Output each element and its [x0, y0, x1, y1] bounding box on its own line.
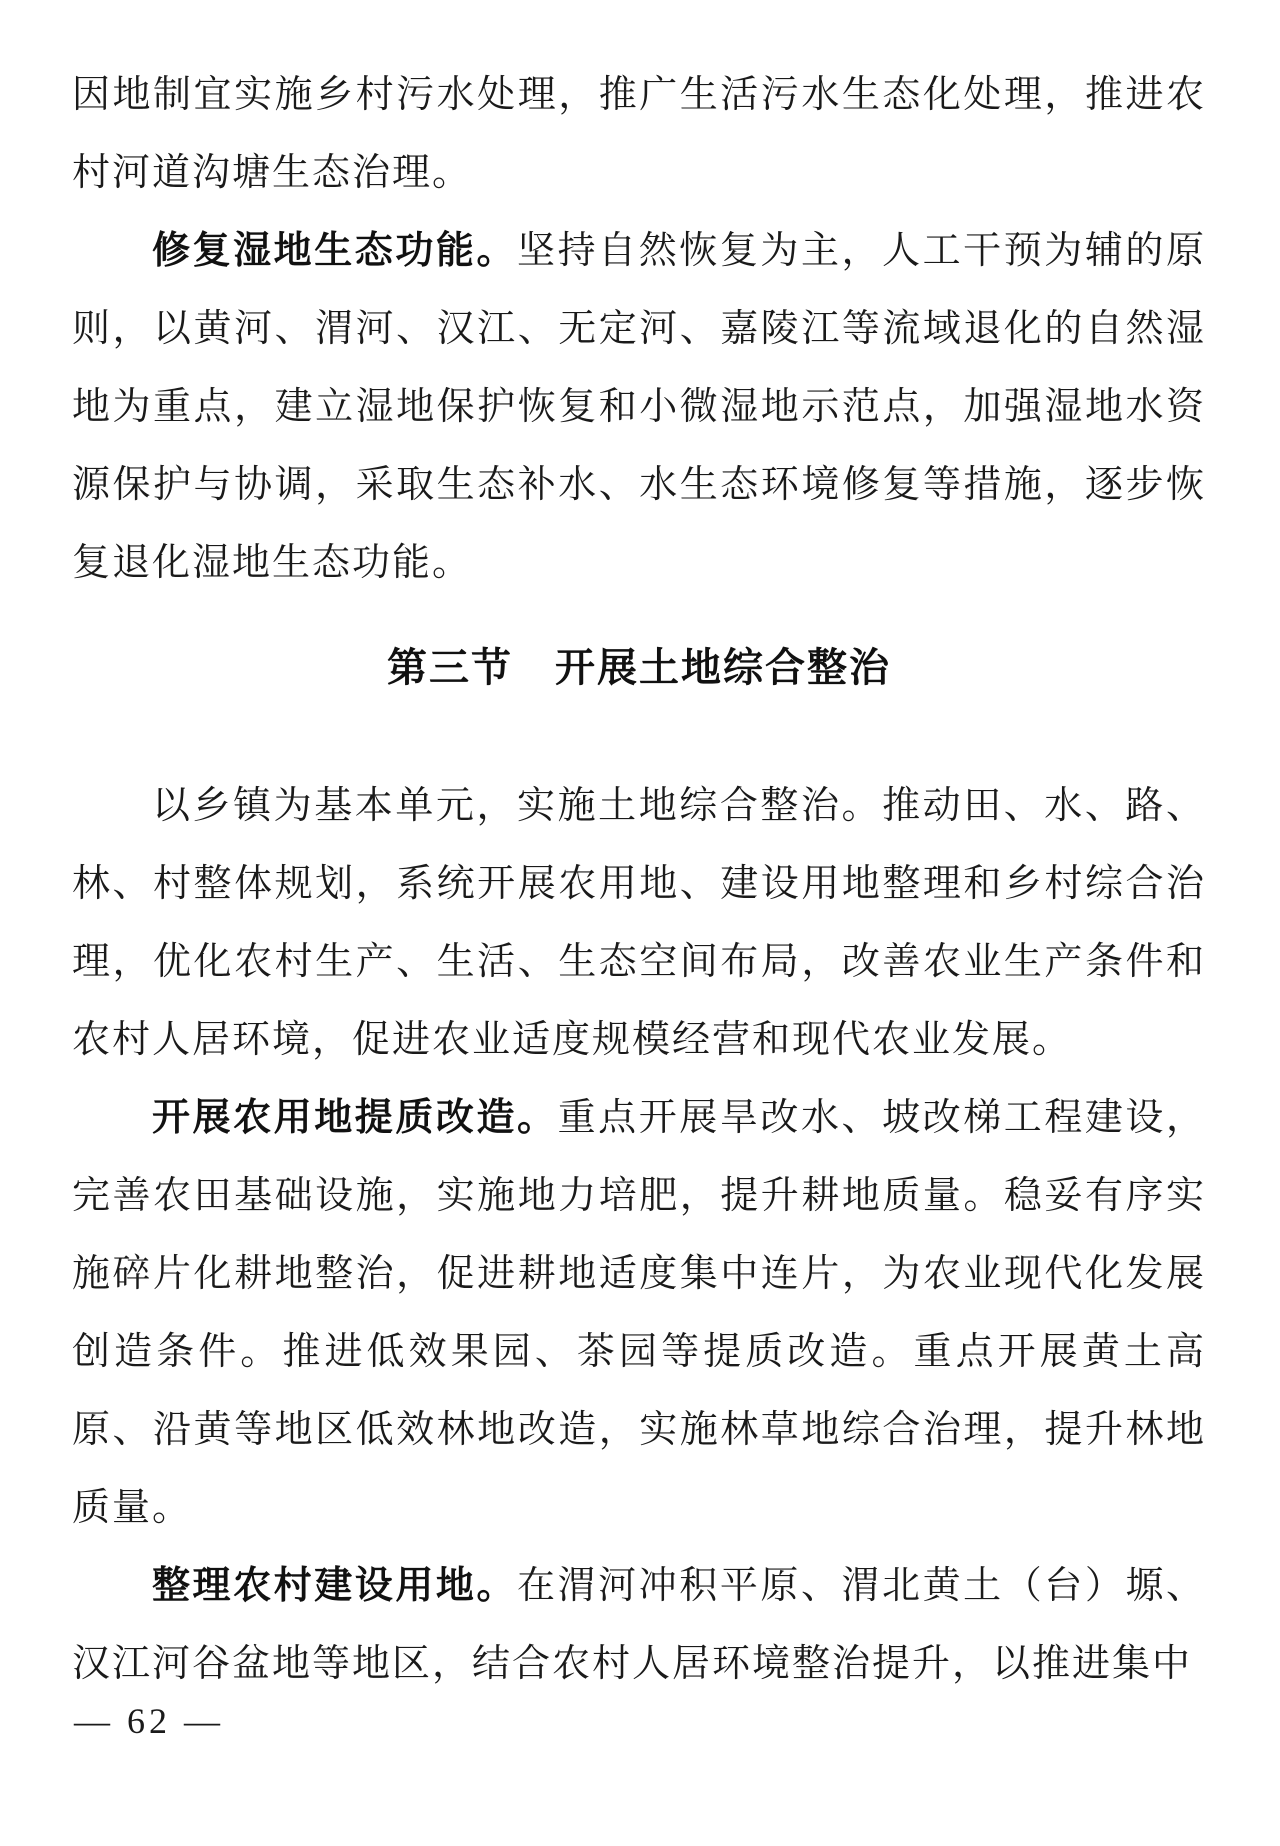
- para-continuation-text: 因地制宜实施乡村污水处理，推广生活污水生态化处理，推进农村河道沟塘生态治理。: [72, 74, 1206, 194]
- para-continuation: 因地制宜实施乡村污水处理，推广生活污水生态化处理，推进农村河道沟塘生态治理。: [72, 56, 1206, 212]
- page-number: — 62 —: [74, 1701, 224, 1741]
- para-construction-lead: 整理农村建设用地。: [152, 1565, 517, 1607]
- para-construction: 整理农村建设用地。在渭河冲积平原、渭北黄土（台）塬、汉江河谷盆地等地区，结合农村…: [72, 1547, 1206, 1703]
- para-farmland-text: 重点开展旱改水、坡改梯工程建设，完善农田基础设施，实施地力培肥，提升耕地质量。稳…: [72, 1097, 1206, 1529]
- section-title: 开展土地综合整治: [555, 646, 891, 690]
- para-township-text: 以乡镇为基本单元，实施土地综合整治。推动田、水、路、林、村整体规划，系统开展农用…: [72, 785, 1206, 1061]
- section-heading: 第三节开展土地综合整治: [72, 629, 1206, 707]
- para-farmland-lead: 开展农用地提质改造。: [152, 1097, 558, 1139]
- para-farmland: 开展农用地提质改造。重点开展旱改水、坡改梯工程建设，完善农田基础设施，实施地力培…: [72, 1079, 1206, 1547]
- para-township: 以乡镇为基本单元，实施土地综合整治。推动田、水、路、林、村整体规划，系统开展农用…: [72, 767, 1206, 1079]
- para-wetland-lead: 修复湿地生态功能。: [152, 230, 517, 272]
- para-wetland-text: 坚持自然恢复为主，人工干预为辅的原则，以黄河、渭河、汉江、无定河、嘉陵江等流域退…: [72, 230, 1206, 584]
- page-footer: — 62 —: [74, 1700, 224, 1742]
- document-page: 因地制宜实施乡村污水处理，推广生活污水生态化处理，推进农村河道沟塘生态治理。 修…: [0, 0, 1280, 1846]
- para-wetland: 修复湿地生态功能。坚持自然恢复为主，人工干预为辅的原则，以黄河、渭河、汉江、无定…: [72, 212, 1206, 602]
- section-number: 第三节: [387, 646, 513, 690]
- document-body: 因地制宜实施乡村污水处理，推广生活污水生态化处理，推进农村河道沟塘生态治理。 修…: [72, 56, 1206, 1703]
